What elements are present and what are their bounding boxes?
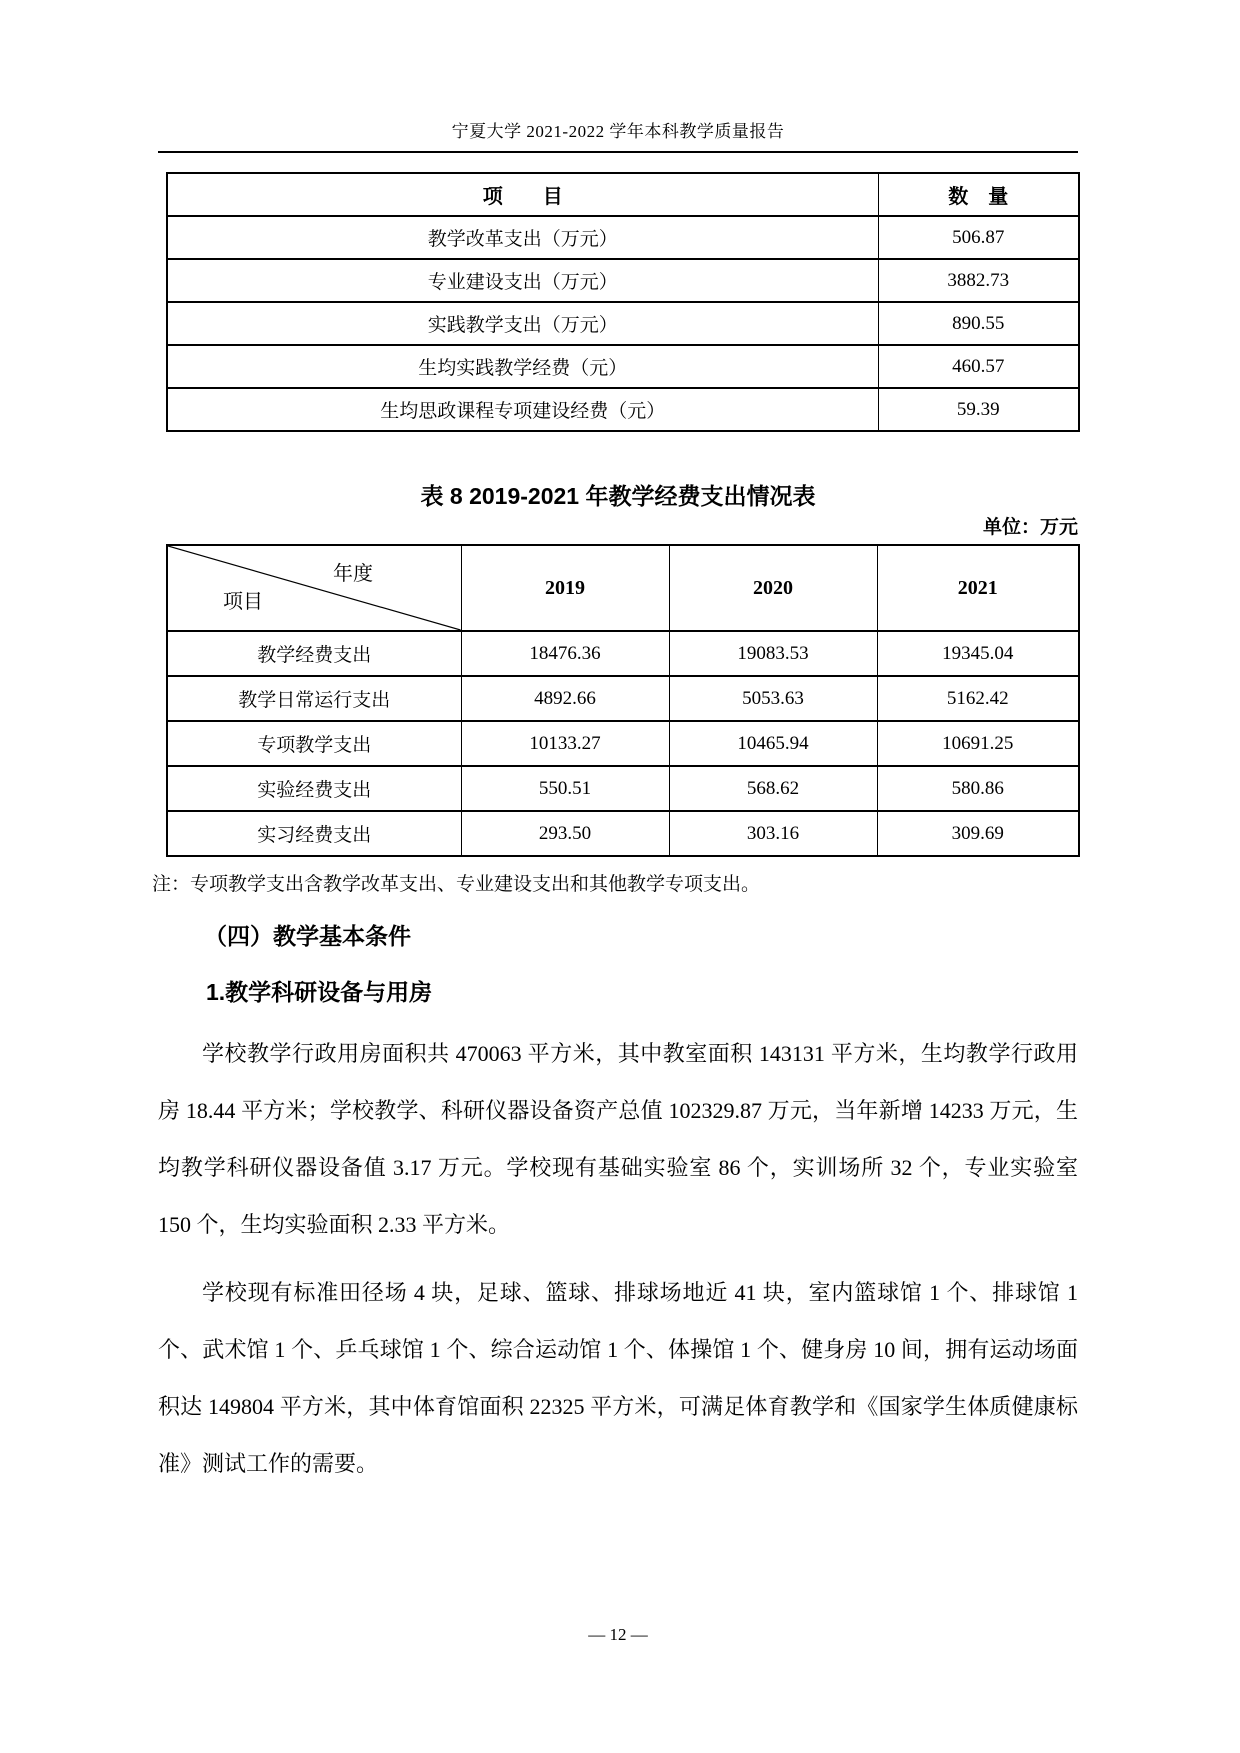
row-item-label: 专项教学支出 bbox=[167, 721, 461, 766]
paragraph-facilities: 学校教学行政用房面积共 470063 平方米，其中教室面积 143131 平方米… bbox=[158, 1025, 1078, 1253]
table8-footnote: 注：专项教学支出含教学改革支出、专业建设支出和其他教学专项支出。 bbox=[152, 872, 1082, 898]
cell-2021: 580.86 bbox=[877, 766, 1079, 811]
diagonal-label-year: 年度 bbox=[333, 557, 373, 586]
cell-2020: 19083.53 bbox=[669, 631, 877, 676]
row-item-label: 教学日常运行支出 bbox=[167, 676, 461, 721]
row-item-label: 生均思政课程专项建设经费（元） bbox=[167, 388, 878, 431]
cell-2019: 18476.36 bbox=[461, 631, 669, 676]
cell-2020: 5053.63 bbox=[669, 676, 877, 721]
table8-caption: 表 8 2019-2021 年教学经费支出情况表 bbox=[158, 483, 1078, 509]
table-row: 专项教学支出 10133.27 10465.94 10691.25 bbox=[167, 721, 1079, 766]
table-row: 生均实践教学经费（元） 460.57 bbox=[167, 345, 1079, 388]
cell-2019: 4892.66 bbox=[461, 676, 669, 721]
cell-2020: 568.62 bbox=[669, 766, 877, 811]
table-row: 教学经费支出 18476.36 19083.53 19345.04 bbox=[167, 631, 1079, 676]
diagonal-divider-line bbox=[168, 546, 461, 630]
table-row: 实践教学支出（万元） 890.55 bbox=[167, 302, 1079, 345]
diagonal-header-wrap: 年度 项目 bbox=[168, 546, 461, 630]
row-item-label: 生均实践教学经费（元） bbox=[167, 345, 878, 388]
expense-by-year-table: 年度 项目 2019 2020 2021 教学经费支出 18476.36 190… bbox=[166, 544, 1080, 857]
cell-2020: 303.16 bbox=[669, 811, 877, 856]
cell-2021: 309.69 bbox=[877, 811, 1079, 856]
cell-2019: 293.50 bbox=[461, 811, 669, 856]
header-rule bbox=[158, 151, 1078, 153]
row-item-label: 专业建设支出（万元） bbox=[167, 259, 878, 302]
column-header-2020: 2020 bbox=[669, 545, 877, 631]
doc-header-title: 宁夏大学 2021-2022 学年本科教学质量报告 bbox=[158, 122, 1078, 142]
column-header-2021: 2021 bbox=[877, 545, 1079, 631]
page-number: — 12 — bbox=[158, 1625, 1078, 1645]
cell-2019: 550.51 bbox=[461, 766, 669, 811]
row-item-value: 59.39 bbox=[878, 388, 1079, 431]
column-header-item: 项 目 bbox=[167, 173, 878, 216]
row-item-value: 506.87 bbox=[878, 216, 1079, 259]
column-header-quantity: 数 量 bbox=[878, 173, 1079, 216]
cell-2020: 10465.94 bbox=[669, 721, 877, 766]
row-item-label: 实习经费支出 bbox=[167, 811, 461, 856]
row-item-label: 教学改革支出（万元） bbox=[167, 216, 878, 259]
table-header-row: 年度 项目 2019 2020 2021 bbox=[167, 545, 1079, 631]
row-item-label: 实践教学支出（万元） bbox=[167, 302, 878, 345]
row-item-value: 890.55 bbox=[878, 302, 1079, 345]
row-item-label: 实验经费支出 bbox=[167, 766, 461, 811]
table-row: 实验经费支出 550.51 568.62 580.86 bbox=[167, 766, 1079, 811]
row-item-label: 教学经费支出 bbox=[167, 631, 461, 676]
table8-unit-label: 单位：万元 bbox=[158, 517, 1078, 539]
table-header-row: 项 目 数 量 bbox=[167, 173, 1079, 216]
section-heading: （四）教学基本条件 bbox=[158, 921, 1078, 951]
table-row: 教学改革支出（万元） 506.87 bbox=[167, 216, 1079, 259]
expense-items-table: 项 目 数 量 教学改革支出（万元） 506.87 专业建设支出（万元） 388… bbox=[166, 172, 1080, 432]
document-page: 宁夏大学 2021-2022 学年本科教学质量报告 项 目 数 量 教学改革支出… bbox=[0, 0, 1240, 1753]
cell-2019: 10133.27 bbox=[461, 721, 669, 766]
row-item-value: 460.57 bbox=[878, 345, 1079, 388]
cell-2021: 5162.42 bbox=[877, 676, 1079, 721]
table-row: 生均思政课程专项建设经费（元） 59.39 bbox=[167, 388, 1079, 431]
diagonal-header-cell: 年度 项目 bbox=[167, 545, 461, 631]
section-subheading: 1.教学科研设备与用房 bbox=[158, 977, 1078, 1007]
cell-2021: 19345.04 bbox=[877, 631, 1079, 676]
diagonal-label-item: 项目 bbox=[223, 585, 263, 614]
table-row: 专业建设支出（万元） 3882.73 bbox=[167, 259, 1079, 302]
body-text-block: 学校教学行政用房面积共 470063 平方米，其中教室面积 143131 平方米… bbox=[158, 1025, 1078, 1492]
paragraph-sports: 学校现有标准田径场 4 块，足球、篮球、排球场地近 41 块，室内篮球馆 1 个… bbox=[158, 1264, 1078, 1492]
cell-2021: 10691.25 bbox=[877, 721, 1079, 766]
table-row: 教学日常运行支出 4892.66 5053.63 5162.42 bbox=[167, 676, 1079, 721]
column-header-2019: 2019 bbox=[461, 545, 669, 631]
table-row: 实习经费支出 293.50 303.16 309.69 bbox=[167, 811, 1079, 856]
row-item-value: 3882.73 bbox=[878, 259, 1079, 302]
